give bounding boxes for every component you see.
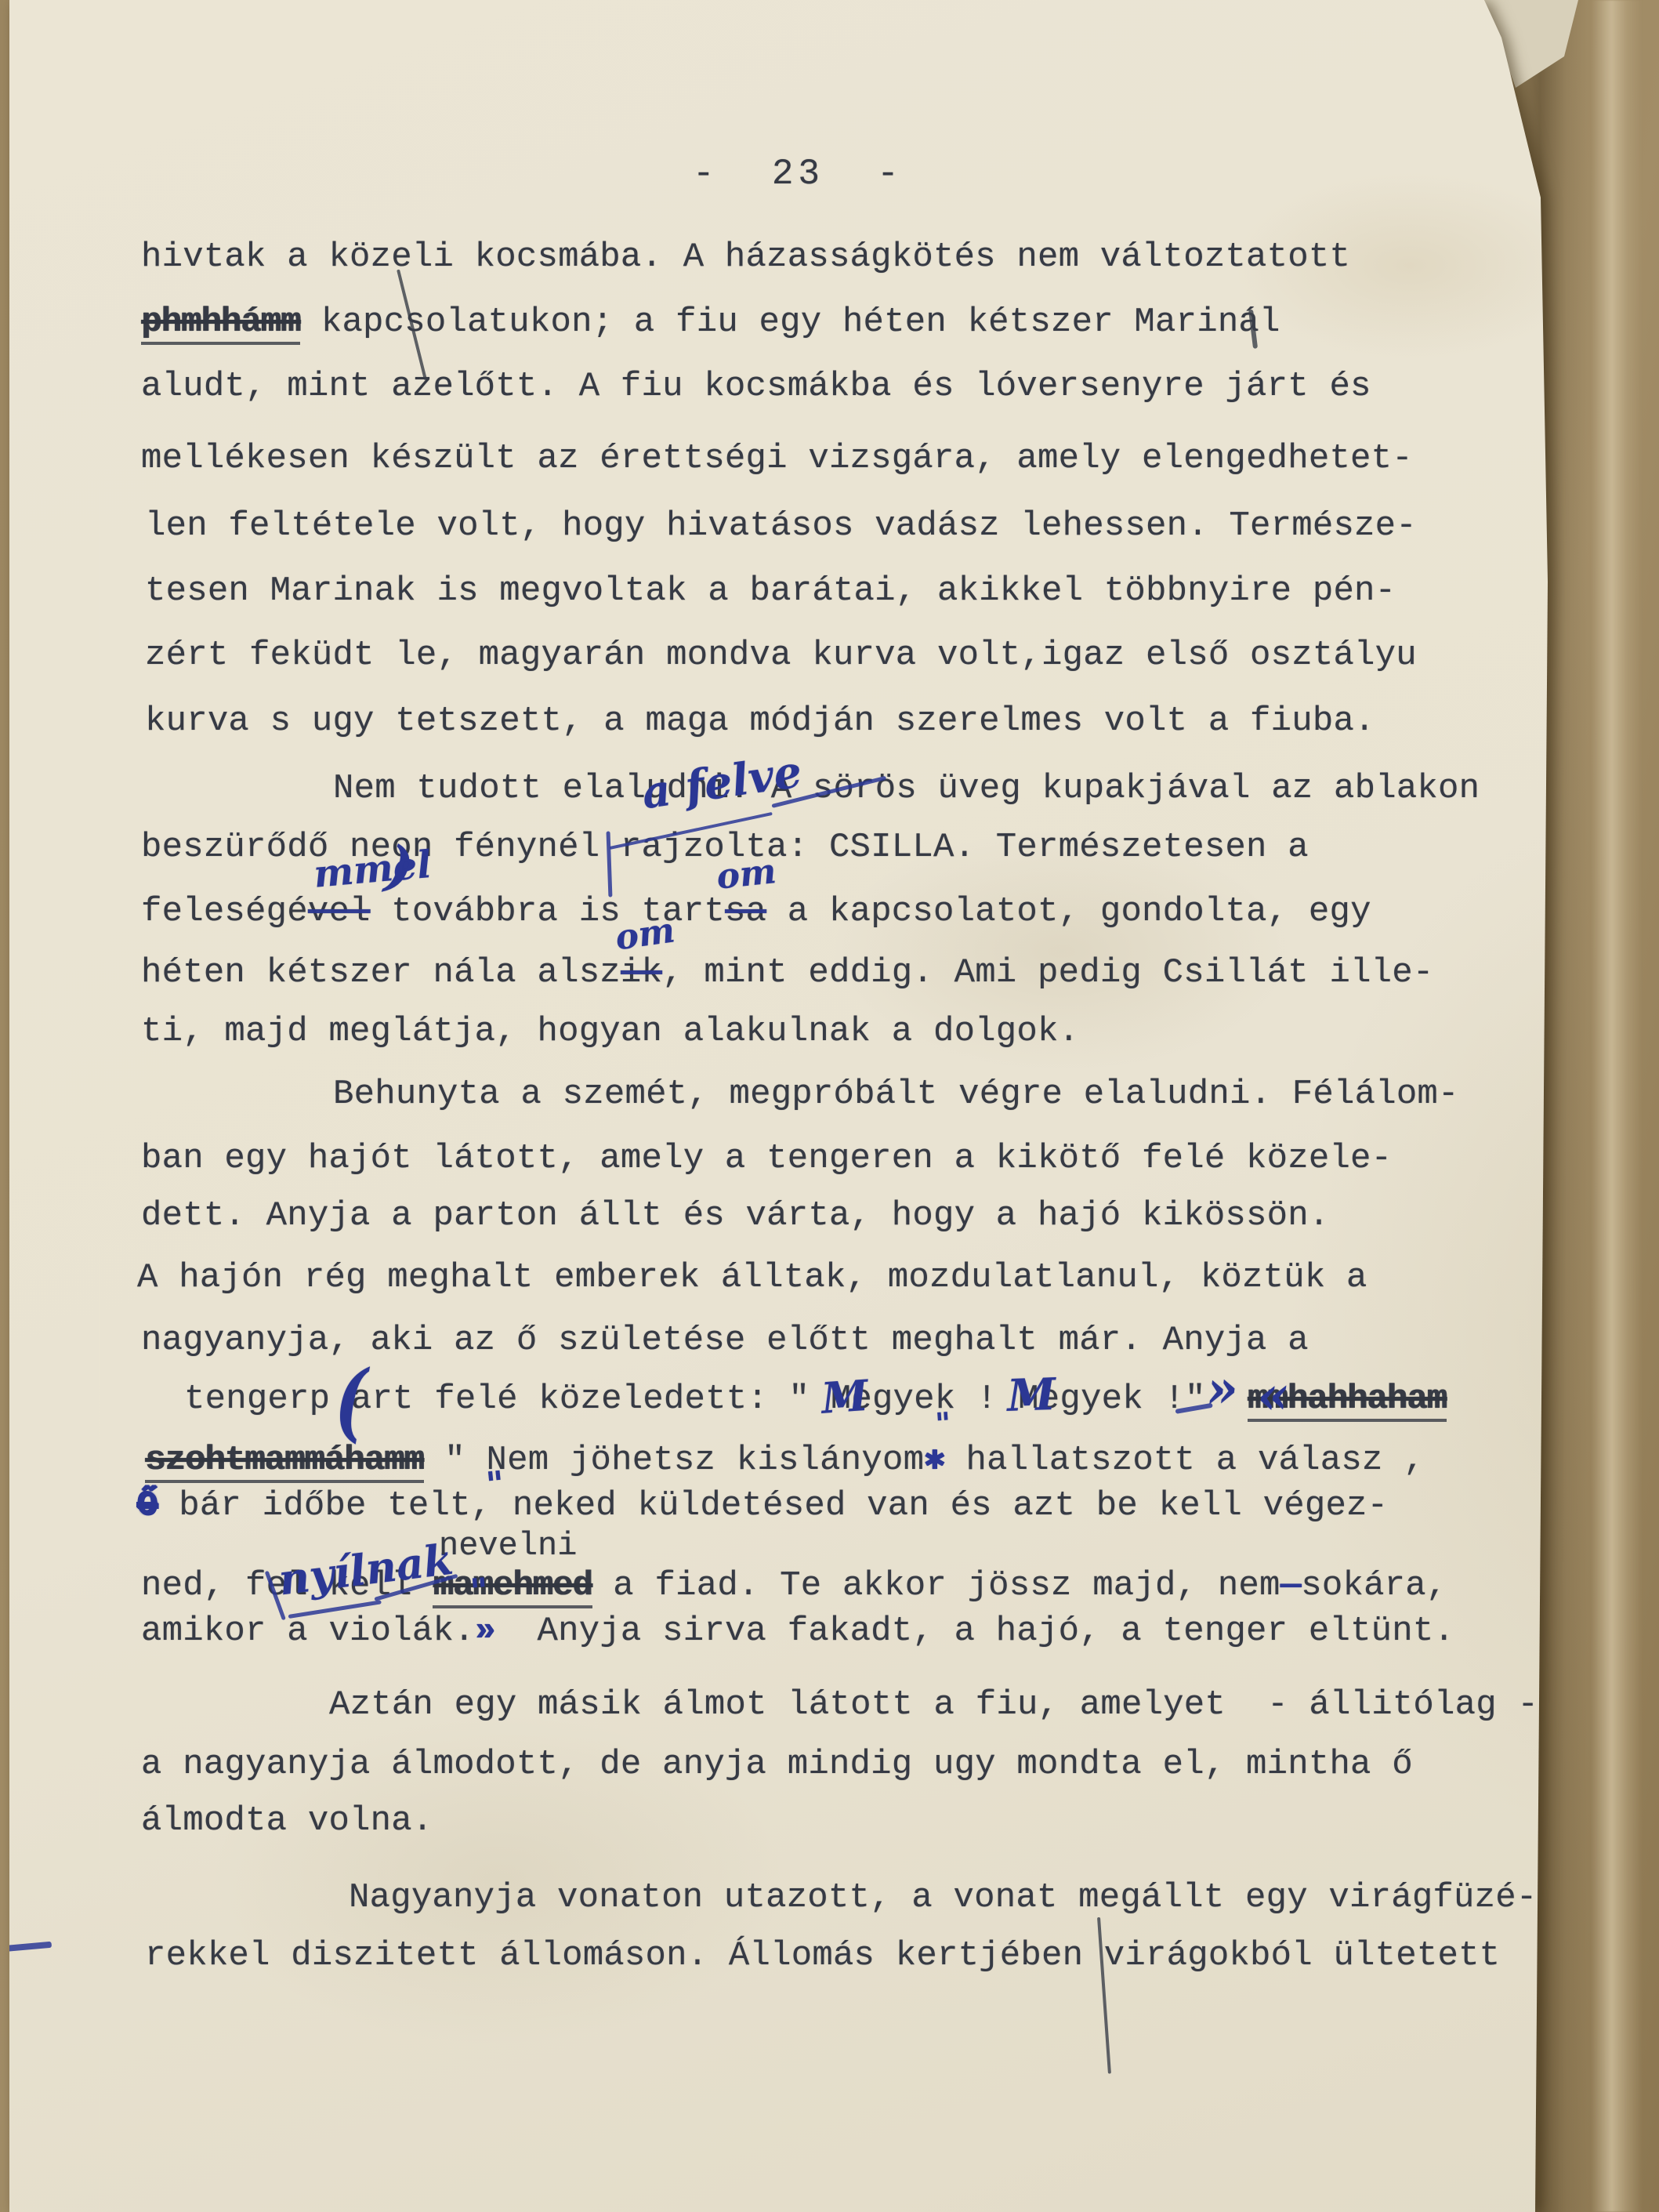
typed-segment-scribble: Ő	[137, 1486, 158, 1525]
typed-text: feleségé	[141, 892, 308, 931]
typed-line-16: dett. Anyja a parton állt és várta, hogy…	[141, 1198, 1329, 1234]
typed-segment-pen-bold: ✱	[924, 1441, 945, 1480]
typed-segment-pen-bold: —	[1280, 1566, 1302, 1605]
typed-text: a fiad. Te akkor jössz majd, nem	[592, 1566, 1280, 1605]
typed-text: álmodta volna.	[141, 1801, 433, 1840]
typed-line-21: Ő bár időbe telt, neked küldetésed van é…	[137, 1488, 1388, 1524]
typed-line-1: hivtak a közeli kocsmába. A házasságköté…	[141, 239, 1350, 275]
handwriting-quote-violak: "	[469, 1571, 490, 1612]
typed-line-26: álmodta volna.	[141, 1803, 433, 1839]
typed-text: tesen Marinak is megvoltak a barátai, ak…	[145, 571, 1396, 611]
typewritten-page: - 23 - hivtak a közeli kocsmába. A házas…	[0, 0, 1659, 2212]
typed-text: Anyja sirva fakadt, a hajó, a tenger elt…	[495, 1612, 1454, 1651]
typed-line-27: Nagyanyja vonaton utazott, a vonat megál…	[349, 1880, 1537, 1916]
typed-segment-x-pen: ik	[621, 953, 662, 992]
typed-text: sokára,	[1301, 1566, 1447, 1605]
typed-line-14: Behunyta a szemét, megpróbált végre elal…	[333, 1076, 1459, 1112]
typed-line-11: feleségével továbbra is tartsa a kapcsol…	[141, 894, 1371, 930]
typed-text: ti, majd meglátja, hogyan alakulnak a do…	[141, 1012, 1079, 1051]
scanned-page-photo: - 23 - hivtak a közeli kocsmába. A házas…	[0, 0, 1659, 2212]
typed-text: rekkel diszitett állomáson. Állomás kert…	[145, 1936, 1500, 1975]
typed-segment-x-black: mamehmed	[433, 1566, 592, 1608]
typed-segment-x-pen: sa	[725, 892, 766, 931]
typed-text: Aztán egy másik álmot látott a fiu, amel…	[329, 1685, 1538, 1724]
typed-text: hallatszott a válasz ,	[945, 1441, 1425, 1480]
handwriting-mmel: mmel	[312, 843, 433, 897]
typed-line-12: héten kétszer nála alszik, mint eddig. A…	[141, 955, 1433, 991]
typed-line-4: mellékesen készült az érettségi vizsgára…	[141, 441, 1413, 477]
handwriting-om-alszom: om	[613, 910, 677, 958]
typed-segment-pen-bold: »	[475, 1612, 496, 1651]
typed-text: neked küldetésed van és azt be kell vége…	[491, 1486, 1388, 1525]
typed-line-3: aludt, mint azelőtt. A fiu kocsmákba és …	[141, 368, 1371, 404]
typed-text: Nem tudott elaludni. A sörös üveg kupakj…	[333, 769, 1480, 808]
typed-text: Behunyta a szemét, megpróbált végre elal…	[333, 1075, 1459, 1114]
typed-segment-x-black: phmhhámm	[141, 303, 300, 345]
typed-line-18: nagyanyja, aki az ő születése előtt megh…	[141, 1322, 1309, 1358]
pen-margin-dash	[5, 1942, 52, 1952]
typed-segment-x-black: szohtmammáhamm	[145, 1441, 424, 1483]
handwriting-a-felve: a felve	[639, 745, 805, 819]
typed-text: dett. Anyja a parton állt és várta, hogy…	[141, 1196, 1329, 1235]
typed-line-7: zért feküdt le, magyarán mondva kurva vo…	[145, 637, 1417, 673]
typed-text: ban egy hajót látott, amely a tengeren a…	[141, 1139, 1392, 1178]
typed-line-28: rekkel diszitett állomáson. Állomás kert…	[145, 1938, 1500, 1974]
typed-line-15: ban egy hajót látott, amely a tengeren a…	[141, 1140, 1392, 1177]
typed-segment-x-pen: vel	[308, 892, 371, 931]
typed-line-6: tesen Marinak is megvoltak a barátai, ak…	[145, 573, 1396, 609]
typed-line-23: amikor a violák.» Anyja sirva fakadt, a …	[141, 1613, 1454, 1649]
typed-text: , mint eddig. Ami pedig Csillát ille-	[662, 953, 1433, 992]
typed-text: tengerp art felé közeledett: "	[184, 1380, 831, 1419]
typed-line-8: kurva s ugy tetszett, a maga módján szer…	[145, 703, 1375, 739]
page-number: - 23 -	[693, 154, 904, 194]
typed-text: amikor	[141, 1612, 266, 1651]
handwriting-quote-kislanyom: "	[934, 1405, 952, 1441]
typed-line-5: len feltétele volt, hogy hivatásos vadás…	[145, 508, 1417, 544]
typed-text: a kapcsolatot, gondolta, egy	[766, 892, 1371, 931]
typed-text: Nagyanyja vonaton utazott, a vonat megál…	[349, 1878, 1537, 1917]
typed-line-13: ti, majd meglátja, hogyan alakulnak a do…	[141, 1014, 1079, 1050]
typed-line-24: Aztán egy másik álmot látott a fiu, amel…	[329, 1687, 1538, 1723]
typed-text: aludt, mint azelőtt. A fiu kocsmákba és …	[141, 367, 1371, 406]
typed-text: héten kétszer nála alsz	[141, 953, 621, 992]
typed-interline-nevelni: nevelni	[439, 1527, 577, 1565]
typed-line-25: a nagyanyja álmodott, de anyja mindig ug…	[141, 1746, 1413, 1782]
handwriting-paren-tengerpart: (	[334, 1350, 368, 1452]
typed-text: zért feküdt le, magyarán mondva kurva vo…	[145, 636, 1417, 675]
handwriting-chevron-close: »	[1204, 1357, 1241, 1420]
typed-line-2: phmhhámm kapcsolatukon; a fiu egy héten …	[141, 304, 1280, 340]
handwriting-letter-m-1: M	[820, 1370, 870, 1423]
typed-text: a nagyanyja álmodott, de anyja mindig ug…	[141, 1745, 1413, 1784]
handwriting-letter-m-2: M	[1006, 1369, 1056, 1422]
typed-line-17: A hajón rég meghalt emberek álltak, mozd…	[137, 1260, 1367, 1296]
typed-text: hivtak a közeli kocsmába. A házasságköté…	[141, 238, 1350, 277]
paper-wrap: - 23 - hivtak a közeli kocsmába. A házas…	[0, 0, 1659, 2212]
typed-line-9: Nem tudott elaludni. A sörös üveg kupakj…	[333, 771, 1480, 807]
handwriting-chevron-open: «	[1255, 1364, 1291, 1427]
typed-text: len feltétele volt, hogy hivatásos vadás…	[145, 506, 1417, 546]
typed-text: nagyanyja, aki az ő születése előtt megh…	[141, 1321, 1309, 1360]
typed-text: kapcsolatukon; a fiu egy héten kétszer M…	[300, 303, 1280, 342]
typed-text: a violák.	[266, 1612, 475, 1651]
typed-text: mellékesen készült az érettségi vizsgára…	[141, 439, 1413, 478]
typed-text: A hajón rég meghalt emberek álltak, mozd…	[137, 1258, 1367, 1297]
handwriting-om-tartom: om	[715, 851, 778, 897]
typed-text: bár időbe telt,	[158, 1486, 492, 1525]
typed-text: kurva s ugy tetszett, a maga módján szer…	[145, 702, 1375, 741]
